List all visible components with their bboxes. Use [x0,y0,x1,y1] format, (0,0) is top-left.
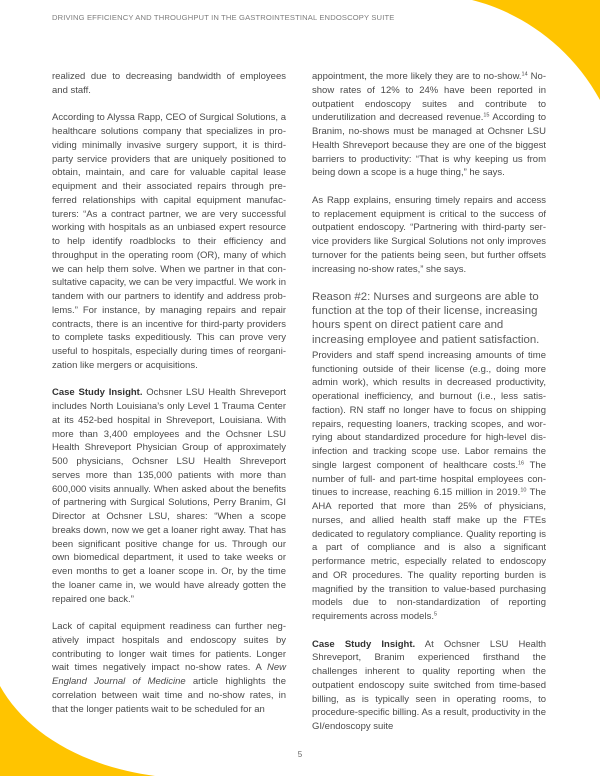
case-study-label: Case Study Insight. [312,639,415,650]
paragraph: According to Alyssa Rapp, CEO of Surgica… [52,111,286,372]
case-study-paragraph: Case Study Insight. Ochsner LSU Health S… [52,386,286,606]
paragraph: appointment, the more likely they are to… [312,70,546,180]
section-subheading: Reason #2: Nurses and surgeons are able … [312,290,546,347]
paragraph: Lack of capital equipment readiness can … [52,620,286,716]
paragraph: Providers and staff spend increasing amo… [312,349,546,624]
case-study-paragraph: Case Study Insight. At Ochsner LSU Healt… [312,638,546,734]
right-column: appointment, the more likely they are to… [312,70,546,734]
case-study-label: Case Study Insight. [52,387,142,398]
footnote-ref: 5 [434,612,437,618]
page-number: 5 [0,750,600,759]
left-column: realized due to decreasing bandwidth of … [52,70,286,716]
paragraph: As Rapp explains, ensuring timely repair… [312,194,546,277]
running-header: DRIVING EFFICIENCY AND THROUGHPUT IN THE… [52,13,394,22]
paragraph: realized due to decreasing bandwidth of … [52,70,286,98]
